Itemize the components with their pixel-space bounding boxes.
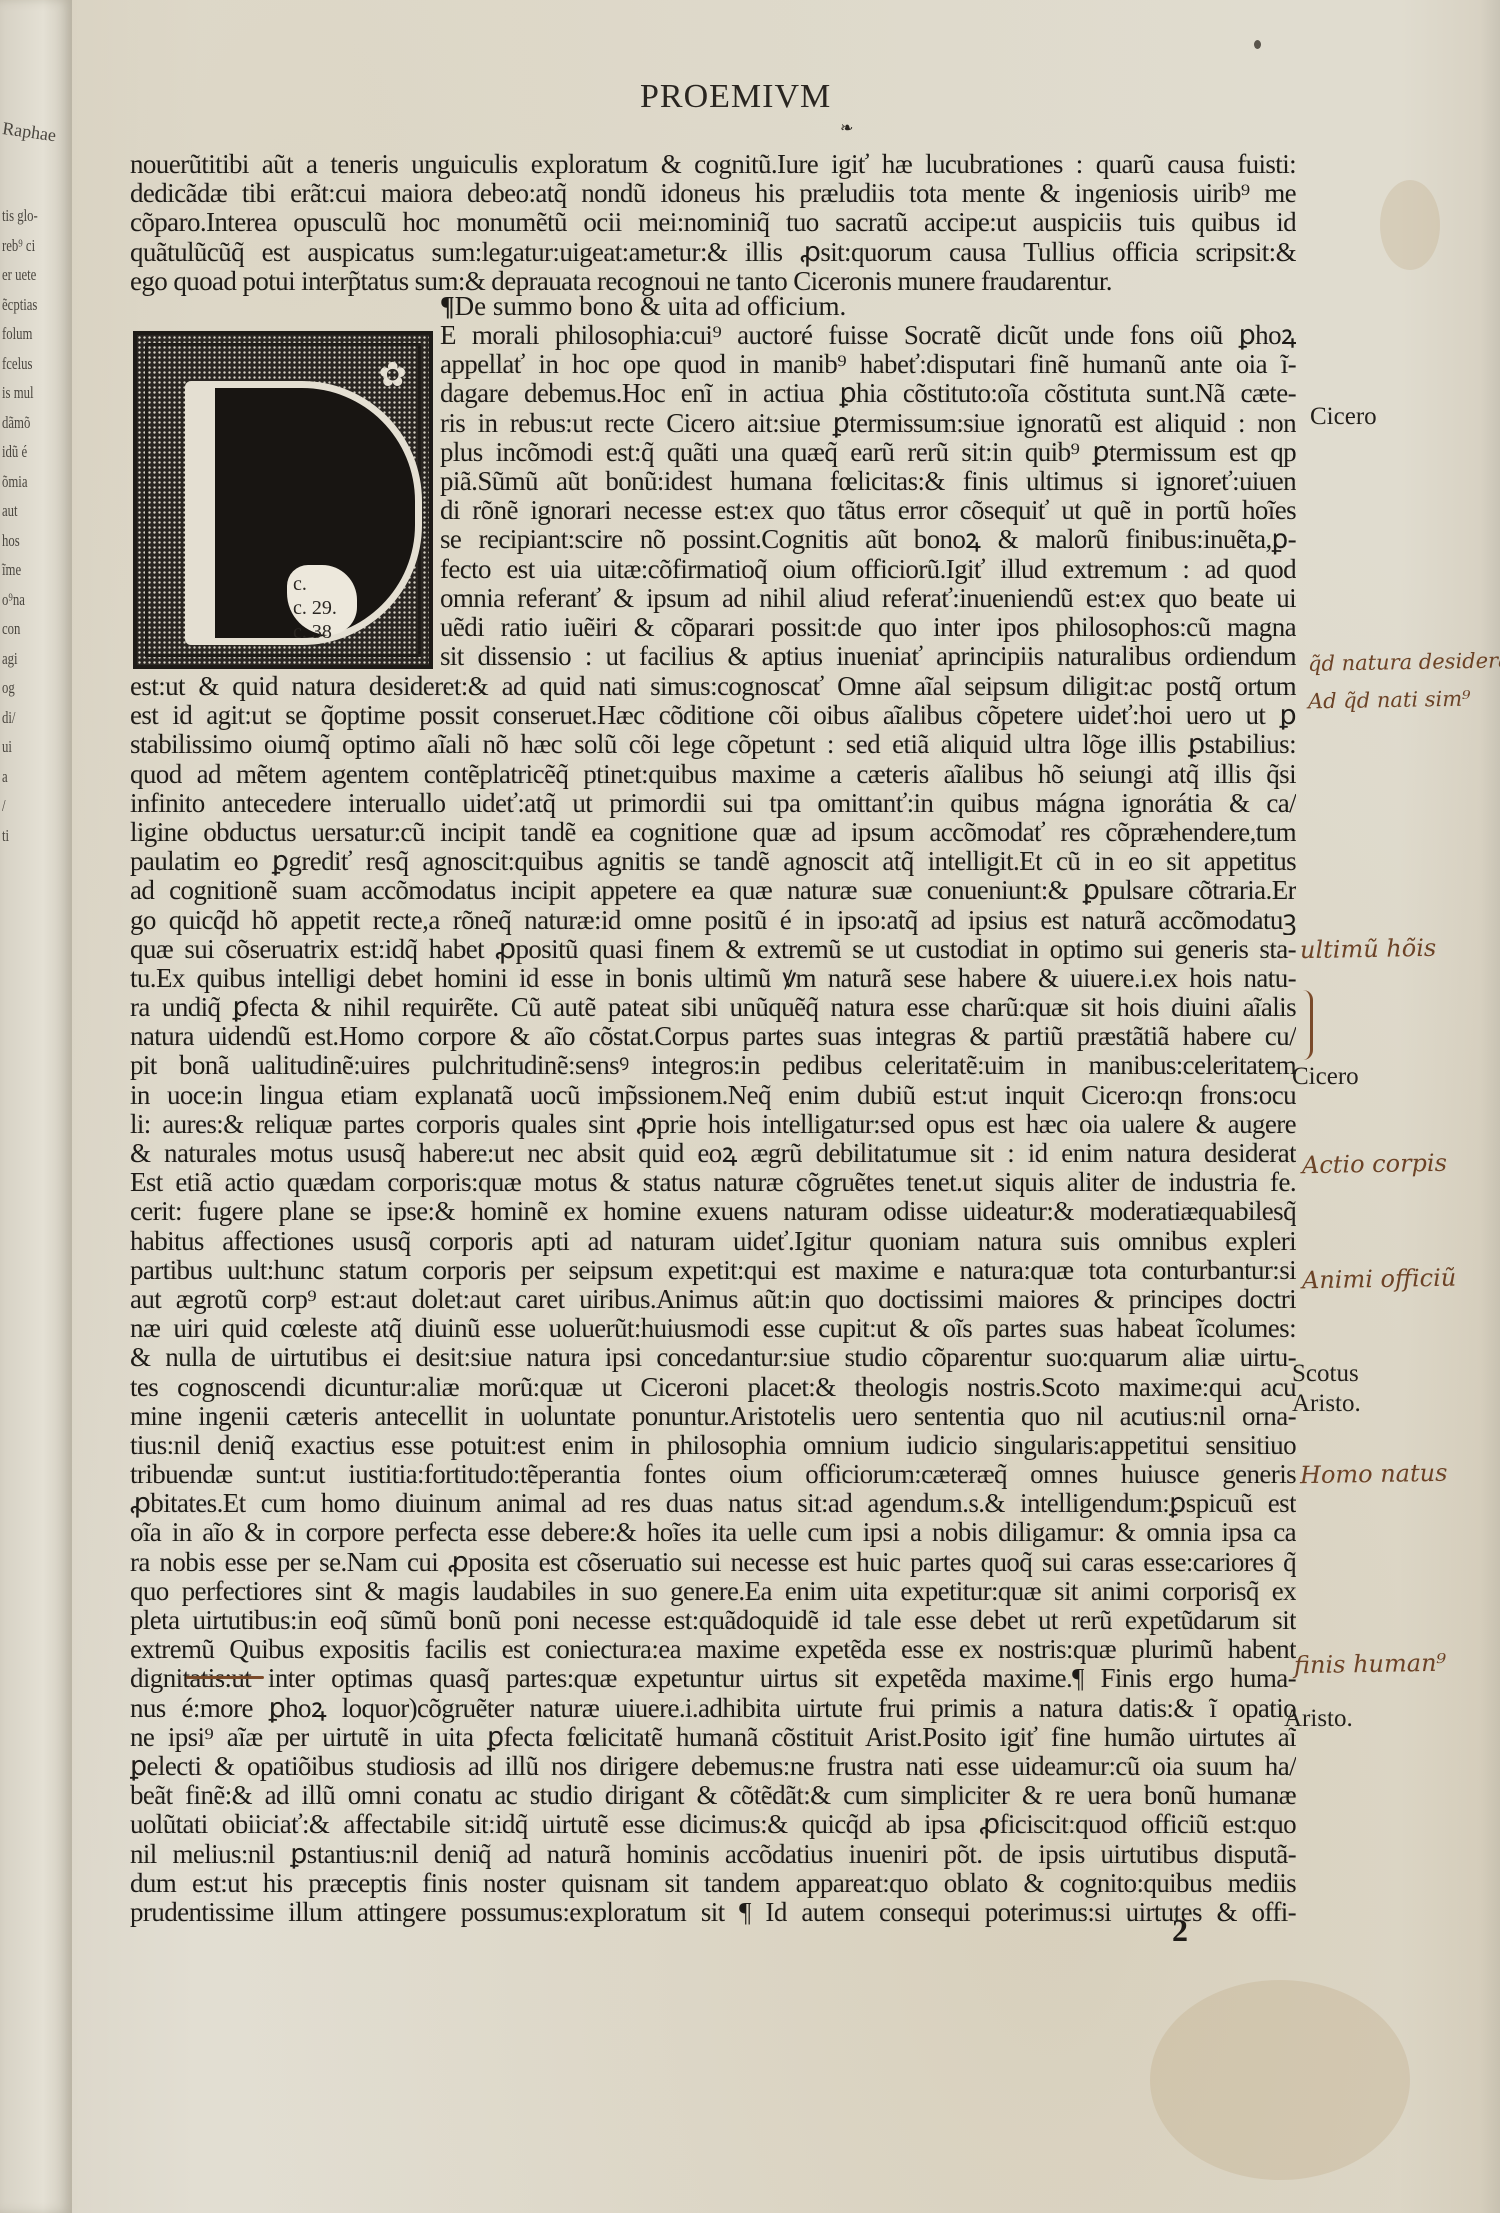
margin-note-printed: Cicero <box>1310 403 1377 431</box>
text-line: nouerũtitibi aũt a teneris unguiculis ex… <box>130 150 1296 179</box>
manuscript-underline <box>186 1676 264 1679</box>
text-line: habitus affectiones ususq̃ corporis apti… <box>130 1227 1296 1256</box>
margin-note-handwritten: Homo natus <box>1300 1459 1448 1490</box>
foxing-stain <box>1380 180 1440 270</box>
margin-note-printed: Aristo. <box>1284 1705 1353 1733</box>
text-line: di rõnẽ ignorari necesse est:ex quo tãtu… <box>440 496 1296 525</box>
preface-text: nouerũtitibi aũt a teneris unguiculis ex… <box>130 150 1296 296</box>
verso-text-fragment: idũ é <box>2 441 27 463</box>
text-line: ra undiq̃ ꝑfecta & nihil requirẽte. Cũ a… <box>130 993 1296 1022</box>
verso-text-fragment: agi <box>2 648 18 670</box>
text-line: tu.Ex quibus intelligi debet homini id e… <box>130 964 1296 993</box>
margin-note-printed: Cicero <box>1292 1063 1359 1091</box>
text-line: ris in rebus:ut recte Cicero ait:siue ꝑt… <box>440 409 1296 438</box>
text-line: extremũ Quibus expositis facilis est con… <box>130 1635 1296 1664</box>
margin-note-handwritten: finis human⁹ <box>1294 1649 1447 1680</box>
body-text: est:ut & quid natura desideret:& ad quid… <box>130 672 1296 1927</box>
manuscript-brace <box>1296 990 1313 1060</box>
verso-text-fragment: a <box>2 766 8 788</box>
text-line: quo perfectiores sint & magis laudabiles… <box>130 1577 1296 1606</box>
text-line: ꝓbitates.Et cum homo diuinum animal ad r… <box>130 1489 1296 1518</box>
text-line: infinito antecedere interuallo uideť:atq… <box>130 789 1296 818</box>
text-line: paulatim eo ꝑgrediť resq̃ agnoscit:quibu… <box>130 847 1296 876</box>
text-line: uolũtati obiiciať:& affectabile sit:idq̃… <box>130 1810 1296 1839</box>
opening-text: E morali philosophia:cui⁹ auctoré fuisse… <box>440 321 1296 671</box>
text-line: pleta uirtutibus:in eoq̃ sũmũ bonũ poni … <box>130 1606 1296 1635</box>
margin-note-handwritten: q̃d natura desiderat <box>1308 648 1500 676</box>
text-line: sit dissensio : ut facilius & aptius inu… <box>440 642 1296 671</box>
verso-text-fragment: og <box>2 677 15 699</box>
verso-text-fragment: aut <box>2 500 18 522</box>
text-line: in uoce:in lingua etiam explanatã uocũ i… <box>130 1081 1296 1110</box>
folio-number: 2 <box>1172 1912 1188 1949</box>
verso-text-fragment: hos <box>2 530 20 552</box>
margin-note-handwritten: Animi officiũ <box>1302 1264 1457 1295</box>
text-line: est id agit:ut se q̃optime possit conser… <box>130 701 1296 730</box>
margin-note-printed: Scotus <box>1292 1360 1359 1388</box>
text-line: E morali philosophia:cui⁹ auctoré fuisse… <box>440 321 1296 350</box>
text-line: aut ægrotũ corp⁹ est:aut dolet:aut caret… <box>130 1285 1296 1314</box>
ink-speck <box>1254 40 1261 49</box>
margin-note-handwritten: ultimũ hõis <box>1300 934 1437 964</box>
pilcrow-icon: ¶ <box>440 291 455 321</box>
initial-ms-note: c. <box>293 573 307 596</box>
text-line: cerit: fugere plane se ipse:& hominẽ ex … <box>130 1197 1296 1226</box>
verso-text-fragment: ui <box>2 736 12 758</box>
text-line: plus incõmodi est:q̃ quãti una quæq̃ ear… <box>440 438 1296 467</box>
text-line: tius:nil deniq̃ exactius esse potuit:est… <box>130 1431 1296 1460</box>
text-line: est:ut & quid natura desideret:& ad quid… <box>130 672 1296 701</box>
text-line: cõparo.Interea opusculũ hoc monumẽtũ oci… <box>130 208 1296 237</box>
verso-text-fragment: fcelus <box>2 353 32 375</box>
text-line: & nulla de uirtutibus ei desit:siue natu… <box>130 1343 1296 1372</box>
text-line: ꝑelecti & opatiõibus studiosis ad illũ n… <box>130 1752 1296 1781</box>
text-line: pit bonã ualitudinẽ:uires pulchritudinẽ:… <box>130 1051 1296 1080</box>
text-line: li: aures:& reliquæ partes corporis qual… <box>130 1110 1296 1139</box>
verso-page-edge: Raphae tis glo-reb⁹ cier ueteẽcptiasfolu… <box>0 0 72 2213</box>
ornament-mark: ❧ <box>840 118 853 138</box>
text-line: & naturales motus ususq̃ habere:ut nec a… <box>130 1139 1296 1168</box>
text-line: ligine obductus uersatur:cũ incipit tand… <box>130 818 1296 847</box>
running-head: PROEMIVM <box>640 78 831 116</box>
verso-text-fragment: ẽcptias <box>2 294 37 316</box>
margin-note-printed: Aristo. <box>1292 1390 1361 1418</box>
initial-ms-note: c. 29. <box>293 597 337 620</box>
text-line: dum est:ut his præceptis finis noster qu… <box>130 1869 1296 1898</box>
verso-text-fragment: ĩme <box>2 559 21 581</box>
text-line: dignitatis:ut inter optimas quasq̃ parte… <box>130 1664 1296 1693</box>
initial-ms-note: c. 38 <box>293 621 332 644</box>
verso-text-fragment: dãmõ <box>2 412 30 434</box>
water-stain <box>1150 1980 1410 2180</box>
woodcut-initial-d: ✿ c. c. 29. c. 38 <box>133 331 433 669</box>
chapter-heading: ¶De summo bono & uita ad officium. <box>440 291 846 322</box>
verso-text-fragment: er uete <box>2 264 36 286</box>
verso-text-fragment: õmia <box>2 471 28 493</box>
verso-text-fragment: tis glo- <box>2 205 38 227</box>
text-line: Est etiã actio quædam corporis:quæ motus… <box>130 1168 1296 1197</box>
text-line: beãt finẽ:& ad illũ omni conatu ac studi… <box>130 1781 1296 1810</box>
text-line: quod ad mẽtem agentem contẽplatricẽq̃ pt… <box>130 760 1296 789</box>
margin-note-handwritten: Ad q̃d nati sim⁹ <box>1308 687 1471 714</box>
chapter-heading-text: De summo bono & uita ad officium. <box>455 291 847 321</box>
text-line: prudentissime illum attingere possumus:e… <box>130 1898 1296 1927</box>
text-line: dedicãdæ tibi erãt:cui maiora debeo:atq̃… <box>130 179 1296 208</box>
text-line: nus é:more ꝑhoꝝ loquor)cõgruẽter naturæ … <box>130 1694 1296 1723</box>
text-line: appellať in hoc ope quod in manib⁹ habeť… <box>440 350 1296 379</box>
text-line: ne ipsi⁹ aĩæ per uirtutẽ in uita ꝑfecta … <box>130 1723 1296 1752</box>
margin-note-handwritten: Actio corpis <box>1302 1149 1447 1180</box>
verso-text-fragment: o⁹na <box>2 589 25 611</box>
text-line: go quicq̃d hõ appetit recte,a rõneq̃ nat… <box>130 906 1296 935</box>
verso-text-fragment: is mul <box>2 382 34 404</box>
verso-text-fragment: di/ <box>2 707 15 729</box>
text-line: quãtulũcũq̃ est auspicatus sum:legatur:u… <box>130 238 1296 267</box>
verso-text-fragment: con <box>2 618 20 640</box>
text-line: ra nobis esse per se.Nam cui ꝓposita est… <box>130 1548 1296 1577</box>
text-line: næ uiri quid cœleste atq̃ diuinũ esse uo… <box>130 1314 1296 1343</box>
text-line: dagare debemus.Hoc enĩ in actiua ꝑhia cõ… <box>440 379 1296 408</box>
text-line: nil melius:nil ꝑstantius:nil deniq̃ ad n… <box>130 1840 1296 1869</box>
text-line: se recipiant:scire nõ possint.Cognitis a… <box>440 525 1296 554</box>
text-line: quæ sui cõseruatrix est:idq̃ habet ꝓposi… <box>130 935 1296 964</box>
text-line: stabilissimo oiumq̃ optimo aĩali nõ hæc … <box>130 730 1296 759</box>
text-line: fecto est uia uitæ:cõfirmatioq̃ oium off… <box>440 555 1296 584</box>
text-line: ad cognitionẽ suam accõmodatus incipit a… <box>130 876 1296 905</box>
verso-text-fragment: / <box>2 795 6 817</box>
text-line: omnia referanť & ipsum ad nihil aliud re… <box>440 584 1296 613</box>
text-line: tribuendæ sunt:ut iustitia:fortitudo:tẽp… <box>130 1460 1296 1489</box>
text-line: uẽdi ratio iuẽiri & cõparari possit:de q… <box>440 613 1296 642</box>
text-line: oĩa in aĩo & in corpore perfecta esse de… <box>130 1518 1296 1547</box>
verso-text-fragment: ti <box>2 825 9 847</box>
text-line: piã.Sũmũ aũt bonũ:idest humana fœlicitas… <box>440 467 1296 496</box>
verso-text-fragment: folum <box>2 323 32 345</box>
flower-ornament-icon: ✿ <box>379 355 408 395</box>
verso-text-fragment: reb⁹ ci <box>2 235 35 257</box>
verso-running-head: Raphae <box>1 118 57 146</box>
text-line: tes cognoscendi dicuntur:aliæ morũ:quæ u… <box>130 1373 1296 1402</box>
text-line: mine ingenii cæteris antecellit in uolun… <box>130 1402 1296 1431</box>
text-line: partibus uult:hunc statum corporis per s… <box>130 1256 1296 1285</box>
book-page: Raphae tis glo-reb⁹ cier ueteẽcptiasfolu… <box>0 0 1500 2213</box>
text-line: natura uidendũ est.Homo corpore & aĩo cõ… <box>130 1022 1296 1051</box>
